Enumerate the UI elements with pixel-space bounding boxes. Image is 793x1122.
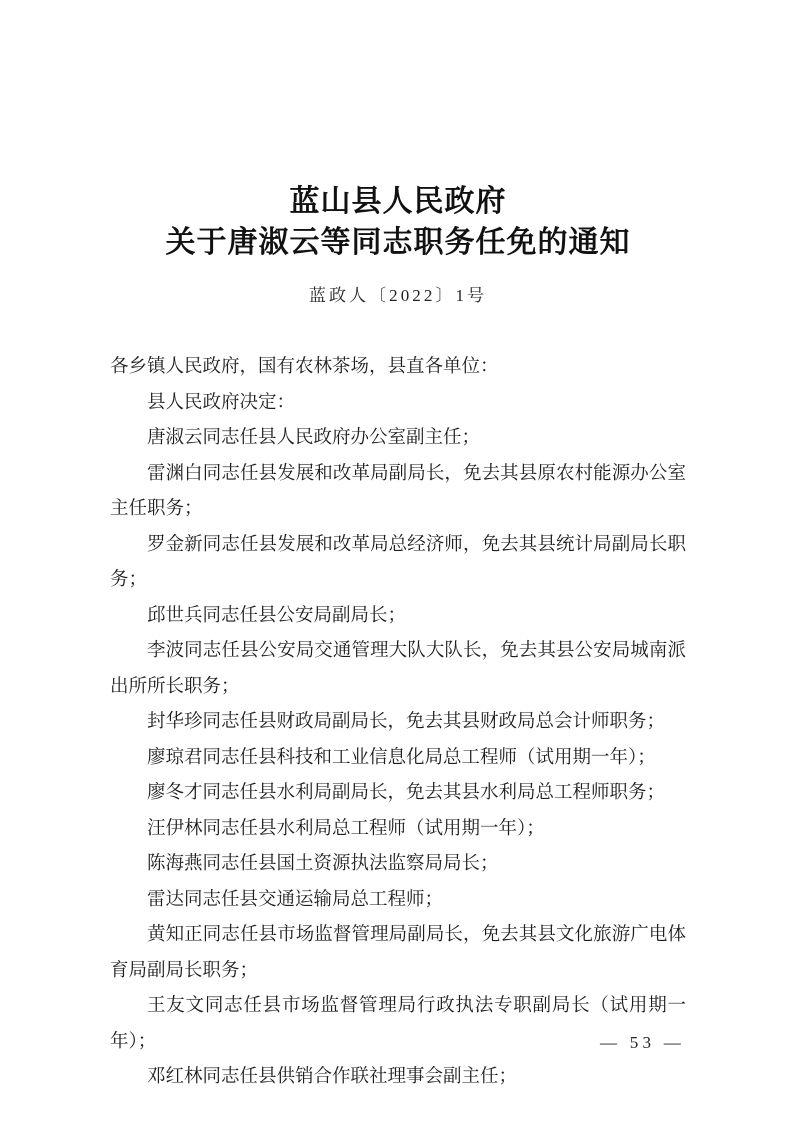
document-number: 蓝政人〔2022〕1号 bbox=[110, 281, 686, 306]
paragraph: 县人民政府决定： bbox=[110, 386, 686, 422]
document-title-line2: 关于唐淑云等同志职务任免的通知 bbox=[110, 222, 686, 263]
paragraph: 邓红林同志任县供销合作联社理事会副主任； bbox=[110, 1060, 686, 1096]
paragraph: 各乡镇人民政府，国有农林茶场，县直各单位： bbox=[110, 350, 686, 386]
paragraph: 黄知正同志任县市场监督管理局副局长，免去其县文化旅游广电体育局副局长职务； bbox=[110, 918, 686, 989]
paragraph: 廖冬才同志任县水利局副局长，免去其县水利局总工程师职务； bbox=[110, 776, 686, 812]
document-title: 蓝山县人民政府 关于唐淑云等同志职务任免的通知 bbox=[110, 181, 686, 263]
paragraph: 封华珍同志任县财政局副局长，免去其县财政局总会计师职务； bbox=[110, 705, 686, 741]
paragraph: 雷达同志任县交通运输局总工程师； bbox=[110, 883, 686, 919]
paragraph: 罗金新同志任县发展和改革局总经济师，免去其县统计局副局长职务； bbox=[110, 528, 686, 599]
paragraph: 廖琼君同志任县科技和工业信息化局总工程师（试用期一年）； bbox=[110, 741, 686, 777]
document-page: 蓝山县人民政府 关于唐淑云等同志职务任免的通知 蓝政人〔2022〕1号 各乡镇人… bbox=[0, 0, 793, 1122]
document-body: 各乡镇人民政府，国有农林茶场，县直各单位：县人民政府决定：唐淑云同志任县人民政府… bbox=[110, 350, 686, 1096]
paragraph: 陈海燕同志任县国土资源执法监察局局长； bbox=[110, 847, 686, 883]
paragraph: 汪伊林同志任县水利局总工程师（试用期一年）； bbox=[110, 812, 686, 848]
paragraph: 唐淑云同志任县人民政府办公室副主任； bbox=[110, 421, 686, 457]
paragraph: 李波同志任县公安局交通管理大队大队长，免去其县公安局城南派出所所长职务； bbox=[110, 634, 686, 705]
document-title-line1: 蓝山县人民政府 bbox=[110, 181, 686, 222]
page-number: — 53 — bbox=[600, 1033, 685, 1053]
paragraph: 雷渊白同志任县发展和改革局副局长，免去其县原农村能源办公室主任职务； bbox=[110, 457, 686, 528]
paragraph: 邱世兵同志任县公安局副局长； bbox=[110, 599, 686, 635]
